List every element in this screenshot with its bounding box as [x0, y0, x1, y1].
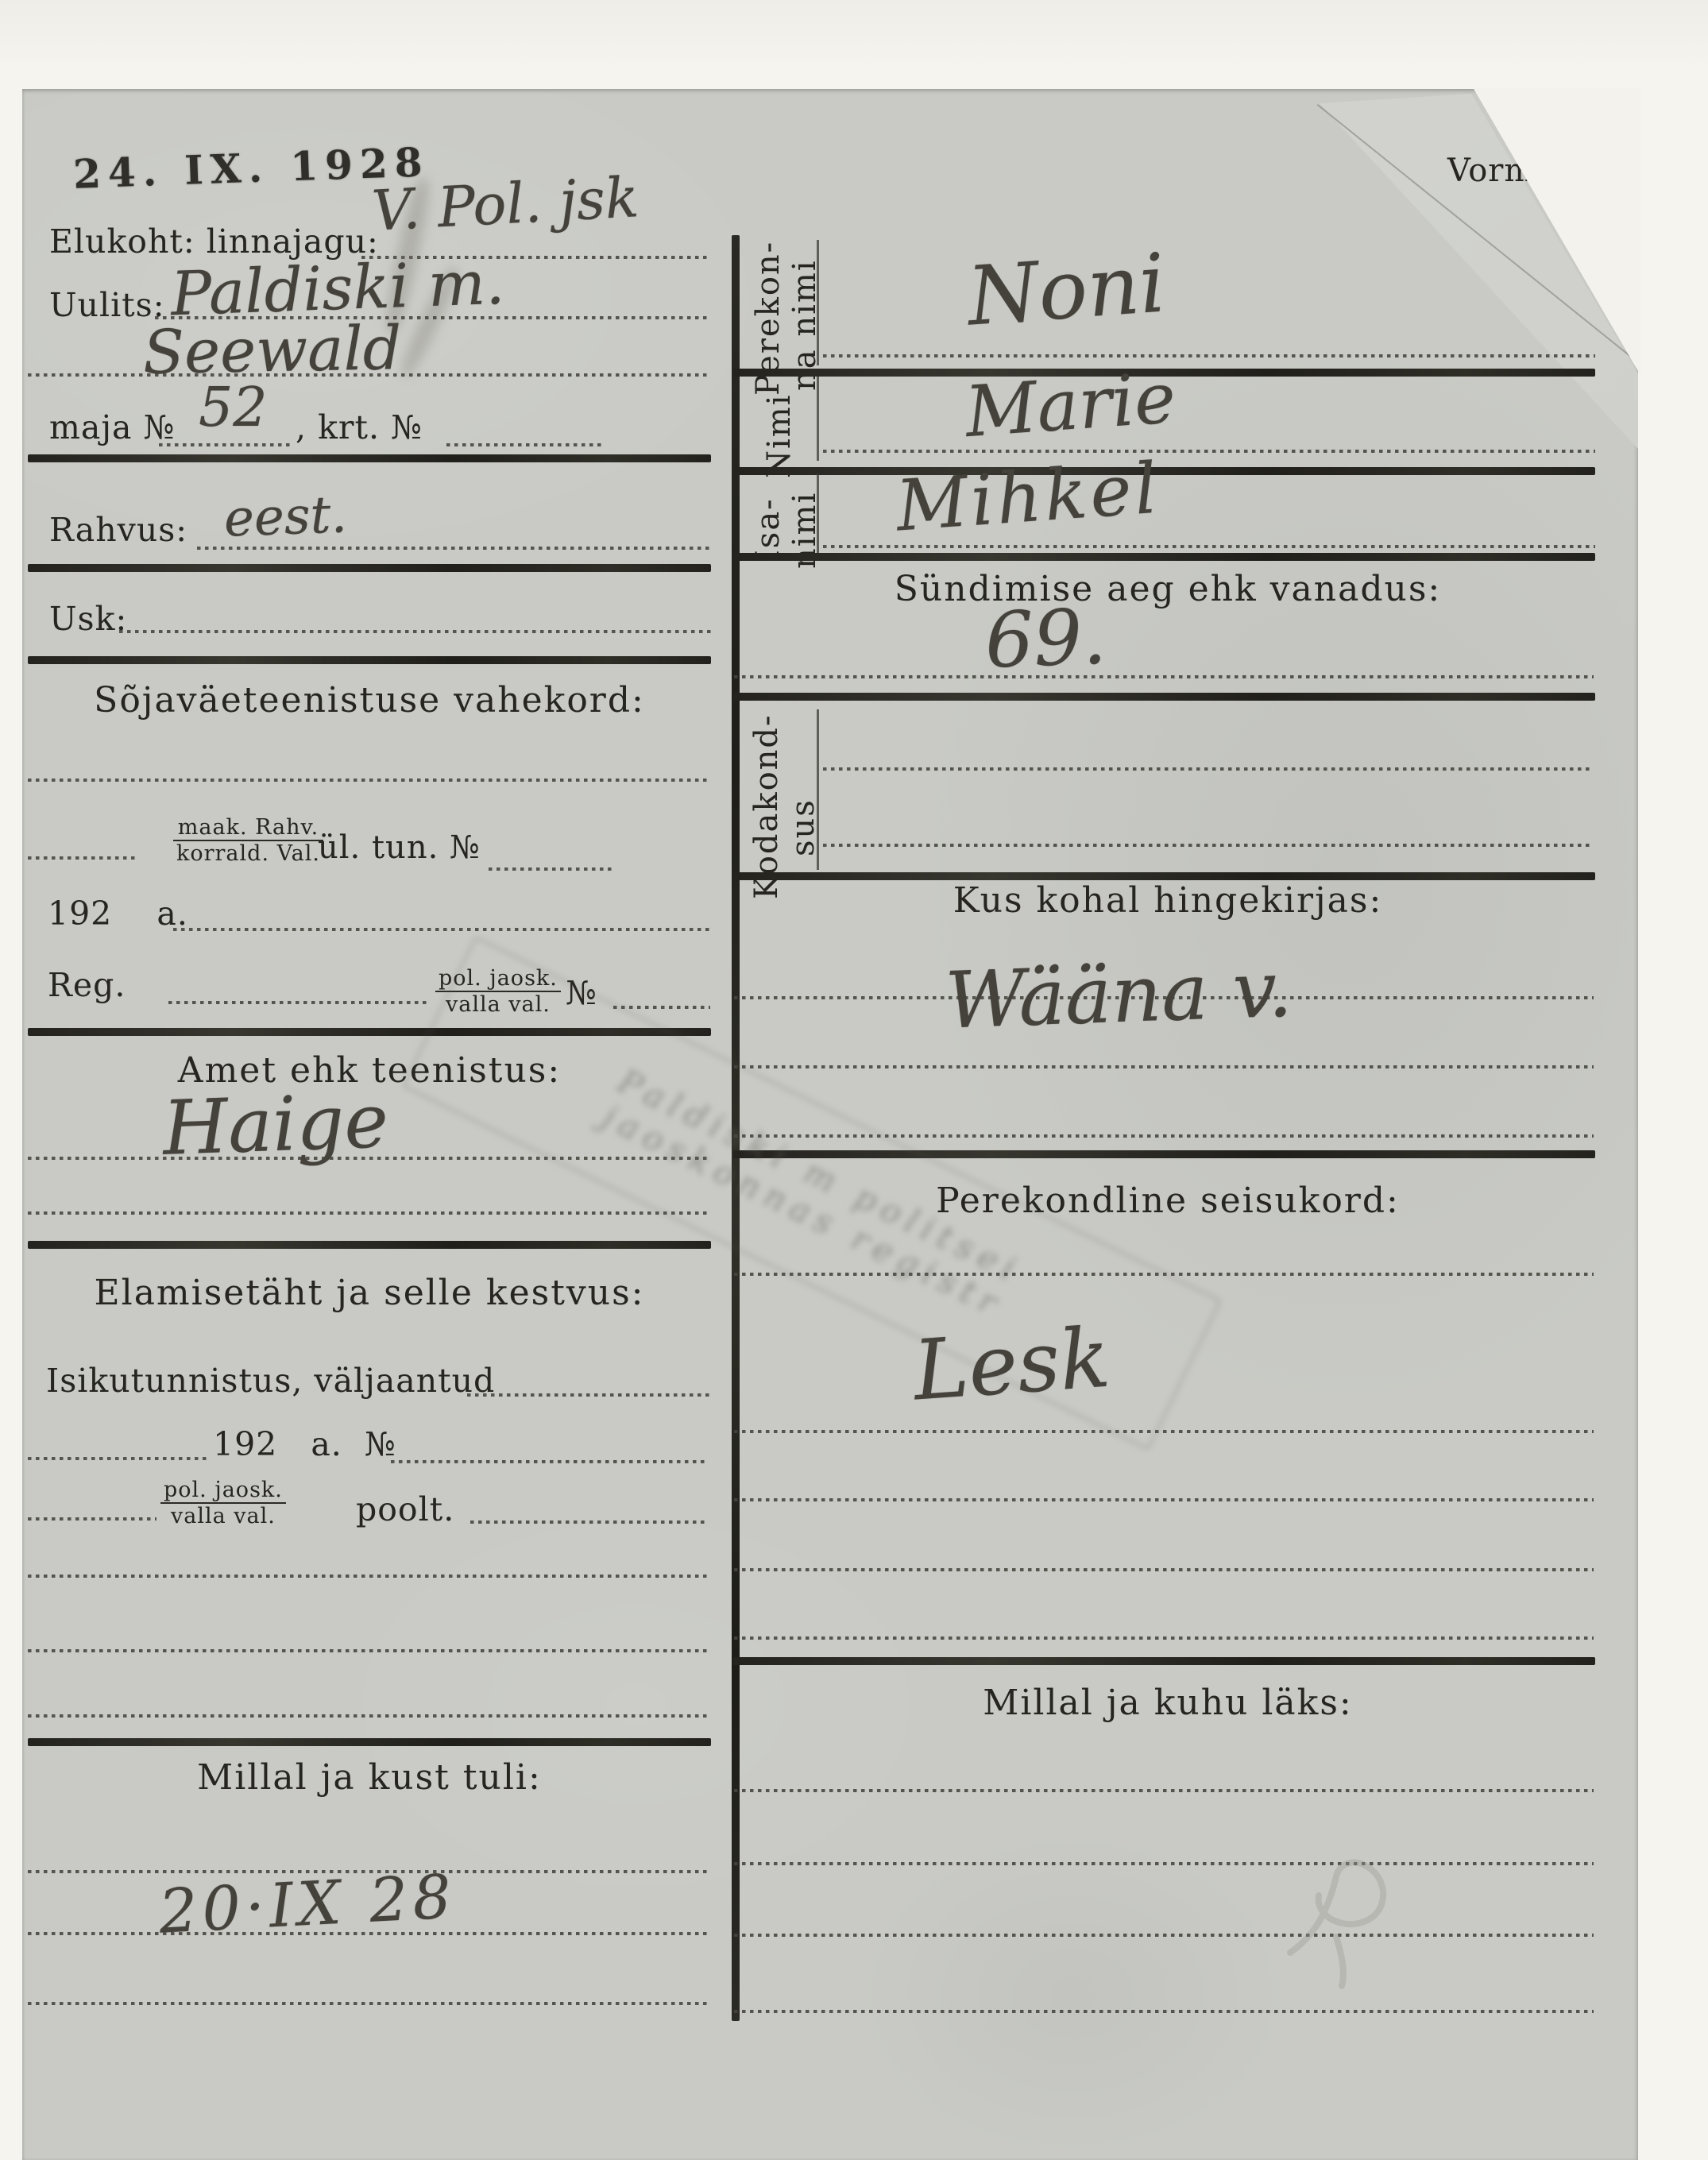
dotted-line	[613, 1006, 710, 1009]
rahvus-label: Rahvus:	[49, 511, 187, 549]
section-separator	[28, 656, 711, 664]
section-separator	[28, 454, 711, 462]
label-divider-line	[817, 473, 819, 553]
label-divider-line	[817, 240, 819, 365]
dotted-line	[823, 545, 1595, 548]
sojavae-title: Sõjaväeteenistuse vahekord:	[48, 680, 691, 721]
elamisetaht-title: Elamisetäht ja selle kestvus:	[48, 1273, 691, 1313]
rahvus-value: eest.	[223, 485, 348, 548]
dotted-line	[28, 856, 135, 860]
hingekirjas-value: Wääna v.	[944, 944, 1293, 1046]
section-separator	[733, 553, 1595, 561]
elukoht-value: V. Pol. jsk	[370, 164, 640, 243]
maak-fraction: maak. Rahv. korrald. Val.	[173, 815, 323, 866]
year-no-label: 192 a. №	[213, 1425, 396, 1463]
dotted-line	[734, 2010, 1594, 2013]
dotted-line	[28, 1932, 711, 1935]
pol-fraction-2-bottom: valla val.	[160, 1504, 286, 1528]
form-number-label: Vorm 36	[1447, 153, 1588, 189]
isikutunnistus-label: Isikutunnistus, väljaantud	[46, 1362, 495, 1400]
sundimise-value: 69.	[983, 592, 1107, 685]
krt-label: , krt. №	[296, 408, 423, 446]
dotted-line	[823, 354, 1595, 357]
dotted-line	[734, 1430, 1594, 1433]
dotted-line	[734, 1934, 1594, 1937]
dotted-line	[28, 1575, 711, 1578]
maja-value: 52	[199, 377, 268, 439]
section-separator	[28, 1241, 711, 1249]
millal-tuli-title: Millal ja kust tuli:	[48, 1757, 691, 1798]
section-separator	[733, 872, 1595, 880]
dotted-line	[489, 867, 616, 871]
dotted-line	[446, 443, 605, 446]
pol-fraction-2: pol. jaosk. valla val.	[160, 1478, 286, 1528]
dotted-line	[467, 1393, 709, 1397]
sundimise-title: Sündimise aeg ehk vanadus:	[743, 569, 1593, 609]
laks-title: Millal ja kuhu läks:	[743, 1683, 1593, 1723]
dotted-line	[28, 779, 711, 782]
dotted-line	[197, 547, 709, 550]
dotted-line	[734, 1636, 1594, 1640]
section-separator	[733, 693, 1595, 701]
dotted-line	[734, 1568, 1594, 1571]
label-divider-line	[817, 709, 819, 870]
hingekirjas-title: Kus kohal hingekirjas:	[743, 880, 1593, 921]
kodakondsus-label-line1: Kodakond-	[748, 713, 785, 899]
dotted-line	[734, 675, 1594, 678]
dotted-line	[823, 844, 1594, 847]
dotted-line	[28, 1517, 157, 1521]
scanned-form-page: Vorm 36 24. IX. 1928 Elukoht: linnajagu:…	[0, 0, 1708, 2160]
dotted-line	[28, 1649, 711, 1652]
dotted-line	[28, 1457, 209, 1460]
dotted-line	[734, 1862, 1594, 1865]
dotted-line	[28, 2002, 711, 2005]
section-separator	[733, 467, 1595, 475]
maja-label: maja №	[49, 408, 175, 446]
dotted-line	[470, 1521, 709, 1524]
dotted-line	[168, 1001, 431, 1004]
dotted-line	[28, 1211, 711, 1215]
dotted-line	[734, 1498, 1594, 1501]
section-separator	[28, 1738, 711, 1746]
dotted-line	[119, 630, 711, 633]
usk-label: Usk:	[49, 600, 127, 638]
dotted-line	[734, 1789, 1594, 1792]
reg-label: Reg.	[48, 966, 126, 1004]
pol-fraction-2-top: pol. jaosk.	[160, 1478, 286, 1504]
ul-tun-label: ül. tun. №	[318, 829, 481, 866]
maak-fraction-top: maak. Rahv.	[173, 815, 323, 841]
dotted-line	[173, 928, 709, 931]
label-divider-line	[817, 377, 819, 461]
dotted-line	[28, 373, 711, 377]
nimi-label: Nimi	[761, 393, 798, 478]
nimi-value: Marie	[963, 357, 1178, 453]
section-separator	[733, 1657, 1595, 1665]
dotted-line	[391, 1460, 709, 1463]
section-separator	[28, 564, 711, 572]
dotted-line	[28, 1714, 711, 1718]
dotted-line	[159, 443, 290, 446]
perekonnanimi-value: Noni	[964, 236, 1169, 344]
dotted-line	[734, 1065, 1594, 1068]
pencil-mark	[1268, 1840, 1427, 2007]
dotted-line	[823, 450, 1595, 453]
poolt-label: poolt.	[356, 1490, 454, 1528]
year-label: 192 a.	[48, 895, 188, 933]
maak-fraction-bottom: korrald. Val.	[173, 841, 323, 866]
dotted-line	[823, 767, 1594, 771]
